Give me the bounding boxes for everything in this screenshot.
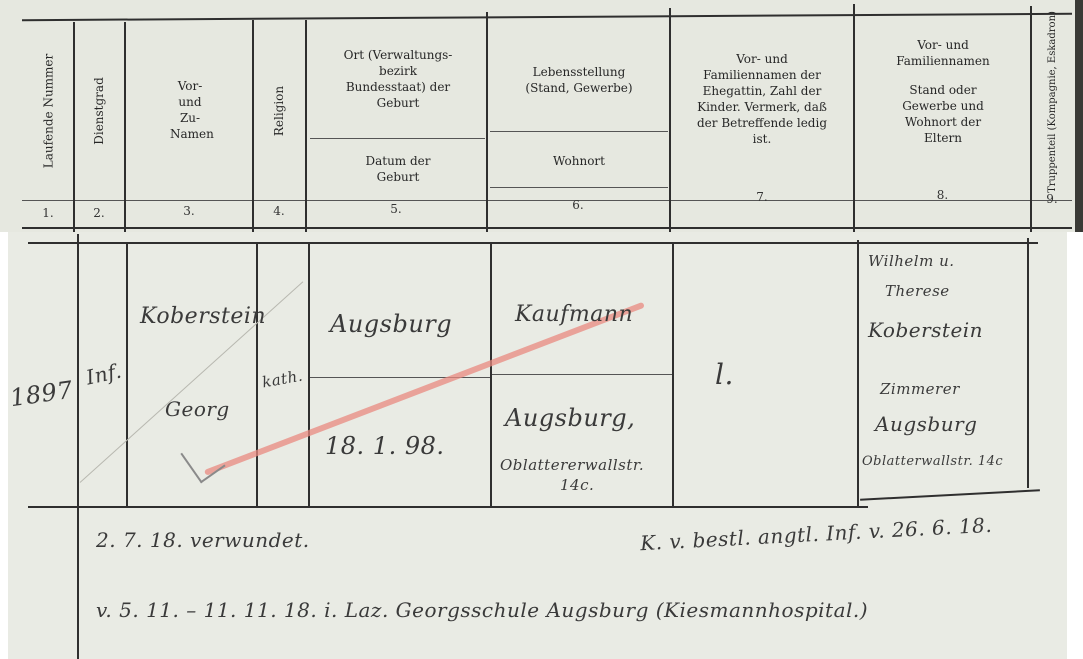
entry-eltern-stand: Zimmerer [880,380,960,398]
col9-number: 9. [1032,192,1072,206]
page-edge-shadow [1075,0,1083,232]
remark-hospital: v. 5. 11. – 11. 11. 18. i. Laz. Georgssc… [96,598,868,622]
entry-eltern-namen-2: Therese [885,282,950,300]
col4-header: Religion [254,22,304,200]
entry-geburtsort: Augsburg [330,310,452,338]
col1-header: Laufende Nummer [24,22,72,200]
entry-dienstgrad: Inf. [84,359,124,390]
col6-header-bottom: Wohnort [494,140,664,182]
col2-number: 2. [75,206,123,220]
col6-number: 6. [488,198,668,212]
col2-header: Dienstgrad [75,22,123,200]
col-divider [256,242,258,508]
col-divider [490,242,492,508]
entry-eltern-strasse: Oblatterwallstr. 14c [862,454,1003,469]
entry-zuname: Koberstein [140,304,266,329]
entry-bottom-rule [28,506,868,508]
col-divider [672,242,674,508]
col6-split-rule [490,131,668,132]
col7-header: Vor- und Familiennamen der Ehegattin, Za… [676,14,848,184]
col-divider [308,242,310,508]
entry-wohnort-strasse: Oblattererwallstr. [500,456,644,474]
col-divider [857,240,859,506]
entry-eltern-namen-1: Wilhelm u. [868,252,955,270]
col8-header-top: Vor- und Familiennamen [860,28,1026,78]
entry-bottom-rule-right [860,489,1040,500]
col-divider [305,20,307,232]
col5-header-top: Ort (Verwaltungs- bezirk Bundesstaat) de… [318,22,478,136]
col6-split-rule-2 [490,187,668,188]
col-divider [77,234,79,659]
entry-top-rule [28,242,1038,244]
col3-number: 3. [126,204,252,218]
col3-header: Vor- und Zu- Namen [150,60,230,160]
entry-wohnort: Augsburg, [505,404,635,432]
col6-header-top: Lebensstellung (Stand, Gewerbe) [494,30,664,130]
entry-religion: kath. [261,367,305,392]
entry-eltern-namen-3: Koberstein [868,318,983,342]
header-bottom-rule [22,227,1072,229]
entry-lebensstellung: Kaufmann [515,302,633,327]
entry-record: 1897 Inf. Koberstein Georg kath. Augsbur… [0,232,1083,659]
col9-header: Truppenteil (Kompagnie, Eskadron) [1033,14,1073,190]
col6-entry-split [492,374,672,375]
remark-casualty-list: K. v. bestl. angtl. Inf. v. 26. 6. 18. [640,513,993,555]
col8-header-bottom: Stand oder Gewerbe und Wohnort der Elter… [860,78,1026,150]
col7-number: 7. [671,190,853,204]
col4-number: 4. [254,204,304,218]
entry-geburtsdatum: 18. 1. 98. [325,432,445,460]
remark-wounded: 2. 7. 18. verwundet. [96,528,310,552]
entry-vorname: Georg [165,397,230,421]
pencil-check-icon [180,437,225,484]
entry-eltern-ort: Augsburg [875,412,977,436]
entry-wohnort-hausnummer: 14c. [560,476,594,494]
col8-number: 8. [855,188,1030,202]
col-divider [1027,238,1029,488]
col5-header-bottom: Datum der Geburt [318,142,478,196]
header-top-rule [22,13,1072,21]
col5-split-rule [310,138,485,139]
col1-number: 1. [24,206,72,220]
form-header: Laufende Nummer Dienstgrad Vor- und Zu- … [0,0,1083,232]
col-divider [124,22,126,232]
entry-laufende-nummer: 1897 [8,376,74,413]
col-divider [126,242,128,508]
col5-number: 5. [307,202,485,216]
entry-ehegattin: l. [715,358,734,391]
